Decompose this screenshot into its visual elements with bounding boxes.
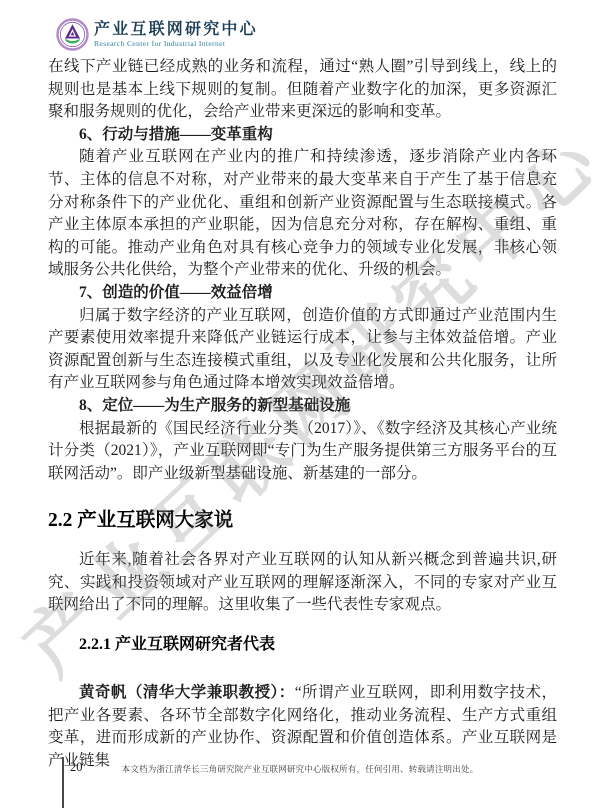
expert-name-bold: 黄奇帆（清华大学兼职教授）： — [79, 684, 295, 701]
paragraph-expert-huang-qifan: 黄奇帆（清华大学兼职教授）：“所谓产业互联网，即利用数字技术，把产业各要素、各环… — [48, 682, 557, 772]
logo-text-block: 产业互联网研究中心 Research Center for Industrial… — [94, 21, 258, 49]
document-body: 在线下产业链已经成熟的业务和流程，通过“熟人圈”引导到线上，线上的规则也是基本上… — [48, 56, 557, 772]
section-title-2-2: 2.2 产业互联网大家说 — [48, 508, 557, 534]
header: 产业互联网研究中心 Research Center for Industrial… — [56, 18, 258, 51]
logo-title: 产业互联网研究中心 — [94, 21, 258, 39]
document-page: 产业互联网研究中心 Research Center for Industrial… — [0, 0, 600, 808]
footer-copyright: 本文档为浙江清华长三角研究院产业互联网研究中心版权所有，任何引用、转载请注明出处… — [0, 763, 600, 775]
paragraph-continuation: 在线下产业链已经成熟的业务和流程，通过“熟人圈”引导到线上，线上的规则也是基本上… — [48, 56, 557, 124]
logo-subtitle: Research Center for Industrial Internet — [94, 39, 258, 49]
heading-positioning: 8、定位——为生产服务的新型基础设施 — [48, 395, 557, 418]
subsection-title-2-2-1: 2.2.1 产业互联网研究者代表 — [48, 634, 557, 656]
heading-value-created: 7、创造的价值——效益倍增 — [48, 282, 557, 305]
paragraph-value-created: 归属于数字经济的产业互联网，创造价值的方式即通过产业范围内生产要素使用效率提升来… — [48, 305, 557, 395]
heading-action-measures: 6、行动与措施——变革重构 — [48, 124, 557, 147]
paragraph-section-intro: 近年来,随着社会各界对产业互联网的认知从新兴概念到普遍共识,研究、实践和投资领域… — [48, 549, 557, 617]
logo-icon — [56, 18, 89, 51]
paragraph-action-measures: 随着产业互联网在产业内的推广和持续渗透，逐步消除产业内各环节、主体的信息不对称，… — [48, 146, 557, 282]
paragraph-positioning: 根据最新的《国民经济行业分类（2017）》、《数字经济及其核心产业统计分类（20… — [48, 418, 557, 486]
